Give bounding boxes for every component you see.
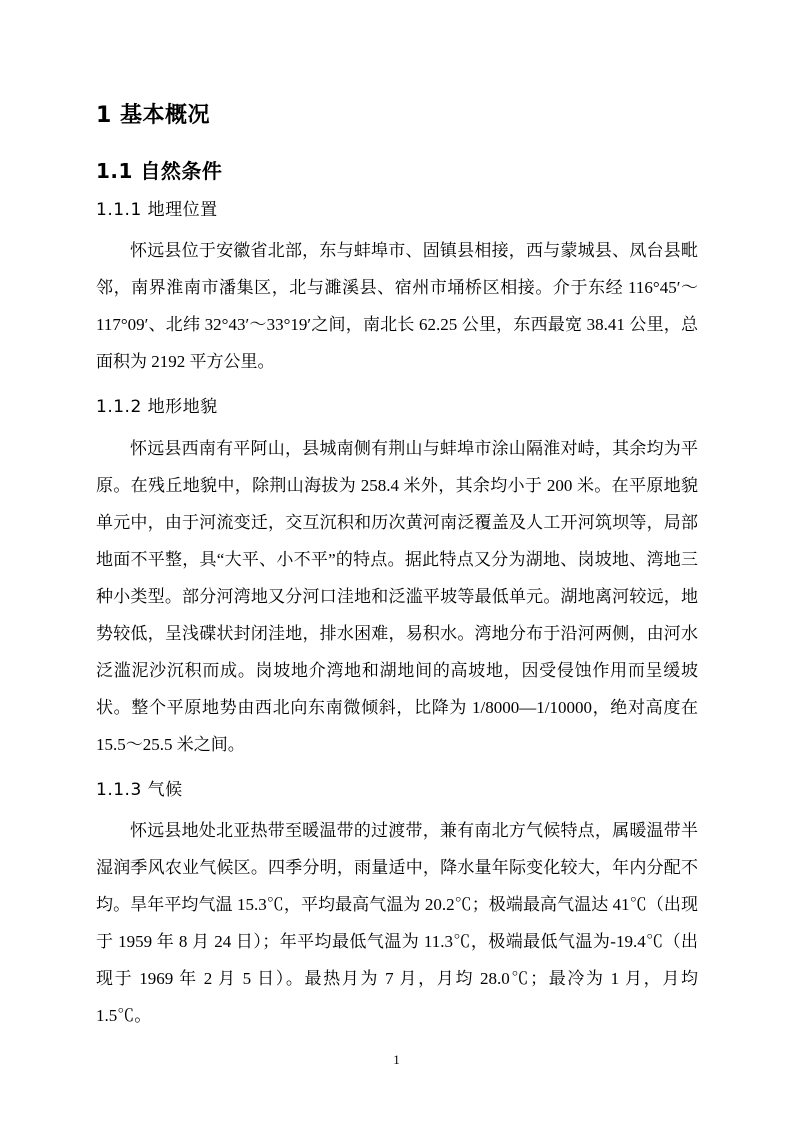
chapter-heading: 1 基本概况 xyxy=(96,103,698,129)
section-heading: 1.1 自然条件 xyxy=(96,159,698,183)
subsection-heading-climate: 1.1.3 气候 xyxy=(96,779,698,801)
subsection-heading-terrain: 1.1.2 地形地貌 xyxy=(96,396,698,418)
page-number: 1 xyxy=(0,1052,793,1068)
paragraph-terrain: 怀远县西南有平阿山，县城南侧有荆山与蚌埠市涂山隔淮对峙，其余均为平原。在残丘地貌… xyxy=(96,430,698,763)
page-content: 1 基本概况 1.1 自然条件 1.1.1 地理位置 怀远县位于安徽省北部，东与… xyxy=(96,103,698,1034)
paragraph-climate: 怀远县地处北亚热带至暖温带的过渡带，兼有南北方气候特点，属暖温带半湿润季风农业气… xyxy=(96,812,698,1034)
subsection-heading-geography: 1.1.1 地理位置 xyxy=(96,199,698,221)
document-page: { "document": { "chapter": "1 基本概况", "se… xyxy=(0,0,793,1122)
paragraph-geography: 怀远县位于安徽省北部，东与蚌埠市、固镇县相接，西与蒙城县、凤台县毗邻，南界淮南市… xyxy=(96,232,698,380)
